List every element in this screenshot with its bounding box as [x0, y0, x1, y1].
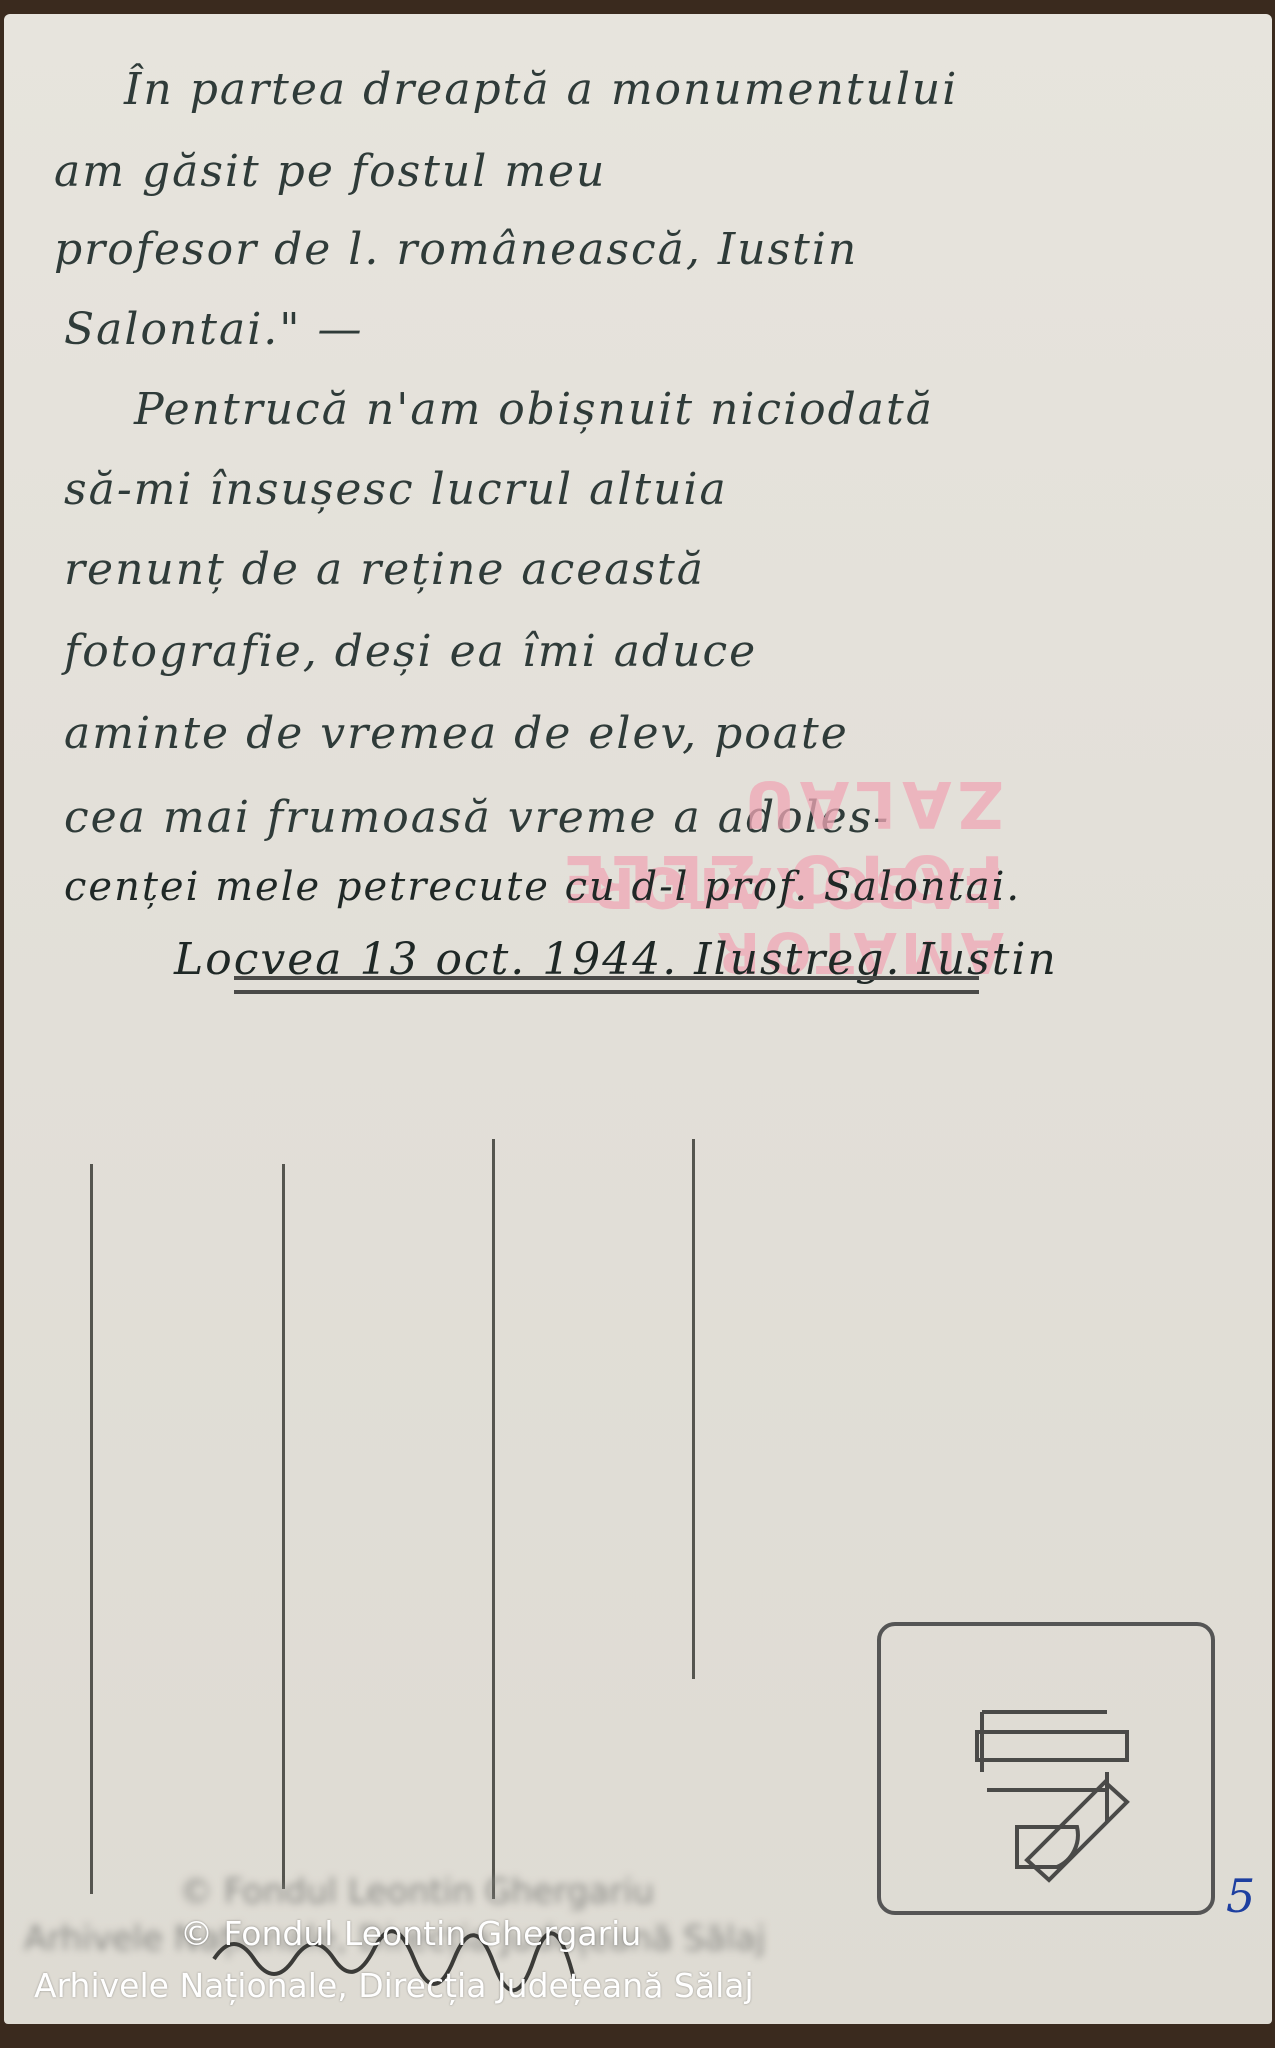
underline-1: [234, 976, 979, 980]
address-divider-4: [692, 1139, 695, 1679]
handwriting-line-6: să-mi însușesc lucrul altuia: [64, 464, 728, 515]
address-divider-3: [492, 1139, 495, 1899]
page-number: 5: [1226, 1869, 1255, 1923]
blurred-watermark-1: © Fondul Leontin Ghergariu: [179, 1872, 654, 1912]
handwriting-line-5: Pentrucă n'am obișnuit niciodată: [134, 384, 934, 435]
credit-line-2: Arhivele Naționale, Direcția Județeană S…: [34, 1966, 754, 2005]
postage-stamp-box: [877, 1622, 1215, 1915]
publisher-logo-icon: [877, 1622, 1207, 1907]
handwriting-line-9: aminte de vremea de elev, poate: [64, 708, 849, 759]
handwriting-line-1: În partea dreaptă a monumentului: [124, 64, 958, 115]
postcard-back: În partea dreaptă a monumentului am găsi…: [4, 14, 1272, 2024]
credit-line-1: © Fondul Leontin Ghergariu: [180, 1914, 641, 1953]
handwriting-line-4: Salontai." —: [64, 304, 363, 355]
handwriting-line-11: cenței mele petrecute cu d-l prof. Salon…: [64, 864, 1021, 910]
handwriting-line-3: profesor de l. românească, Iustin: [54, 224, 858, 275]
address-divider-2: [282, 1164, 285, 1889]
address-divider-1: [90, 1164, 93, 1894]
handwriting-line-8: fotografie, deși ea îmi aduce: [64, 626, 757, 677]
handwriting-line-2: am găsit pe fostul meu: [54, 146, 606, 197]
underline-2: [234, 990, 979, 994]
handwriting-line-7: renunț de a reține această: [64, 544, 705, 595]
